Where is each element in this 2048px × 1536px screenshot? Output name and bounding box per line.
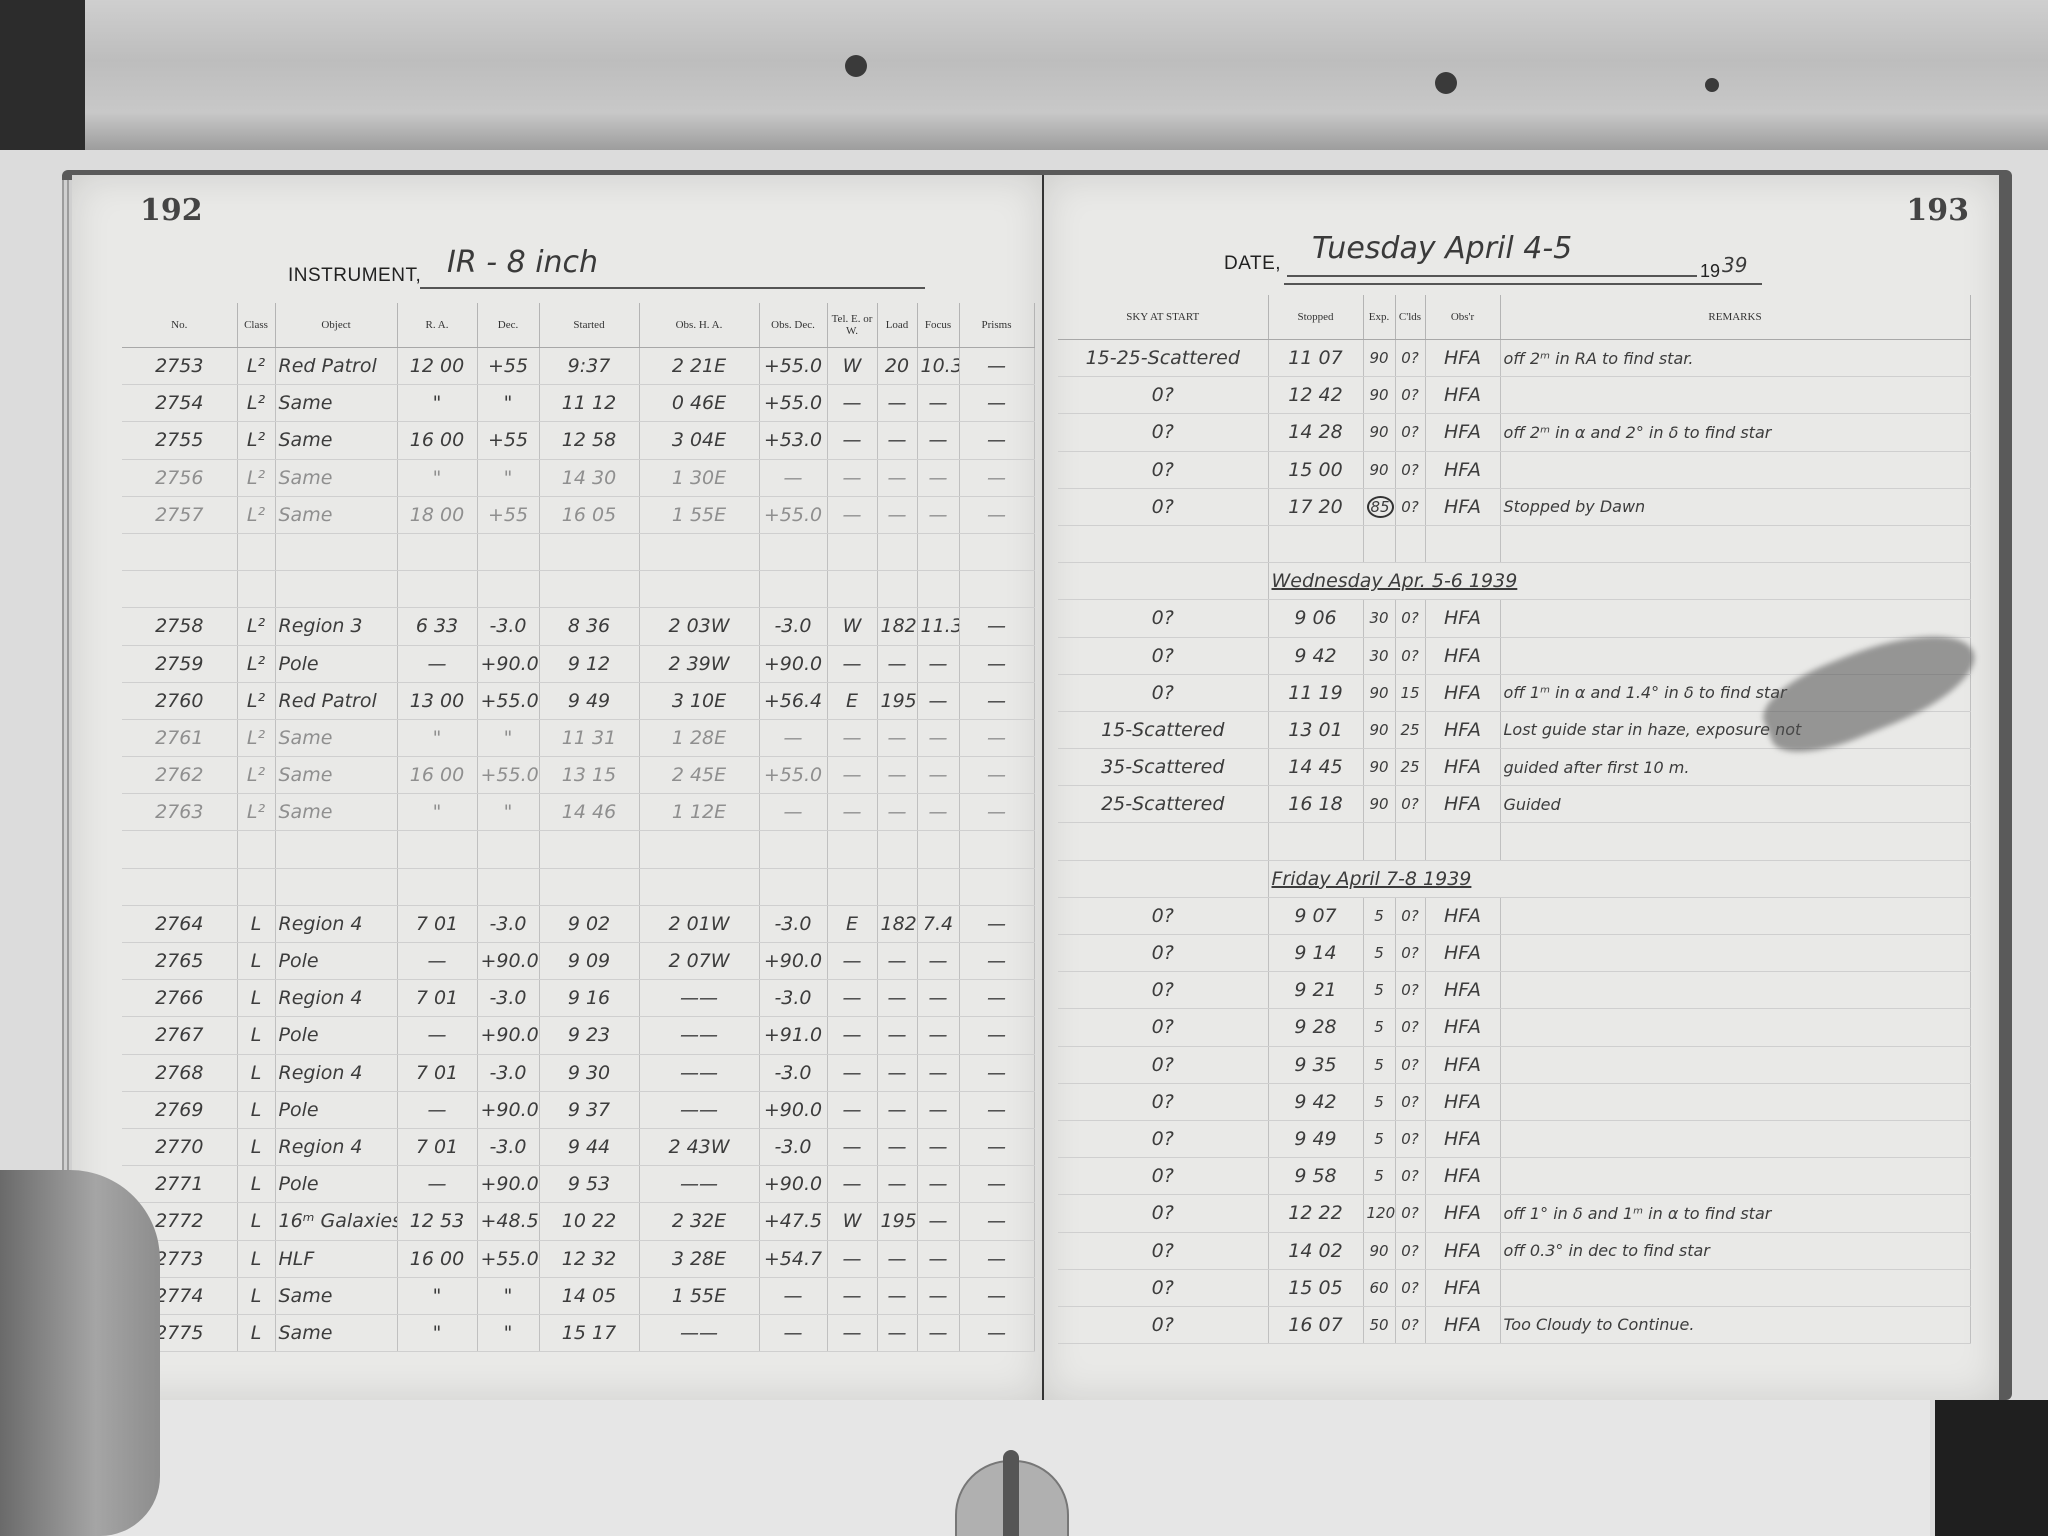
table-row: 2765LPole—+90.09 092 07W+90.0————: [122, 943, 1034, 980]
cell-stopped: 17 20: [1268, 488, 1363, 525]
blank-cell: [477, 831, 539, 868]
blank-cell: [639, 571, 759, 608]
cell-obsr: HFA: [1425, 600, 1500, 637]
table-row: 2763L²Same""14 461 12E—————: [122, 794, 1034, 831]
cell-obsr: HFA: [1425, 1009, 1500, 1046]
cell-class: L²: [237, 422, 275, 459]
cell-ra: 13 00: [397, 682, 477, 719]
cell-tel: W: [827, 608, 877, 645]
table-row: 0?16 07500?HFAToo Cloudy to Continue.: [1058, 1306, 1970, 1343]
blank-row: [122, 571, 1034, 608]
cell-stopped: 9 07: [1268, 897, 1363, 934]
blank-cell: [959, 868, 1034, 905]
cell-obsr: HFA: [1425, 637, 1500, 674]
column-header: Obs'r: [1425, 295, 1500, 340]
cell-focus: —: [917, 980, 959, 1017]
cell-load: —: [877, 496, 917, 533]
cell-remarks: [1500, 935, 1970, 972]
cell-exp: 90: [1363, 451, 1395, 488]
cell-obsr: HFA: [1425, 1083, 1500, 1120]
column-header: R. A.: [397, 303, 477, 348]
cell-focus: —: [917, 794, 959, 831]
cell-tel: —: [827, 385, 877, 422]
cell-prisms: —: [959, 422, 1034, 459]
cell-clds: 0?: [1395, 377, 1425, 414]
cell-focus: —: [917, 719, 959, 756]
cell-exp: 120: [1363, 1195, 1395, 1232]
cell-ra: 16 00: [397, 757, 477, 794]
cell-class: L: [237, 1017, 275, 1054]
cell-clds: 0?: [1395, 1195, 1425, 1232]
blank-cell: [1395, 823, 1425, 860]
cell-no: 2764: [122, 905, 237, 942]
cell-class: L: [237, 980, 275, 1017]
table-row: 0?9 3550?HFA: [1058, 1046, 1970, 1083]
blank-cell: [877, 533, 917, 570]
blank-cell: [639, 868, 759, 905]
blank-cell: [122, 571, 237, 608]
cell-stopped: 9 49: [1268, 1120, 1363, 1157]
page-number: 193: [1906, 193, 1969, 228]
cell-ra: ": [397, 459, 477, 496]
cell-prisms: —: [959, 1091, 1034, 1128]
cell-started: 14 05: [539, 1277, 639, 1314]
cell-sky: 0?: [1058, 488, 1268, 525]
cell-load: —: [877, 1054, 917, 1091]
cell-started: 10 22: [539, 1203, 639, 1240]
cell-load: —: [877, 980, 917, 1017]
cell-started: 11 12: [539, 385, 639, 422]
cell-stopped: 16 18: [1268, 786, 1363, 823]
cell-remarks: [1500, 897, 1970, 934]
cell-exp: 60: [1363, 1269, 1395, 1306]
cell-started: 9 23: [539, 1017, 639, 1054]
cell-started: 14 46: [539, 794, 639, 831]
cell-object: Red Patrol: [275, 682, 397, 719]
blank-row: [1058, 823, 1970, 860]
cell-load: 195: [877, 682, 917, 719]
cell-stopped: 15 00: [1268, 451, 1363, 488]
cell-started: 11 31: [539, 719, 639, 756]
cell-clds: 0?: [1395, 972, 1425, 1009]
cell-remarks: [1500, 1269, 1970, 1306]
cell-ra: —: [397, 645, 477, 682]
column-header: Stopped: [1268, 295, 1363, 340]
column-header: Tel. E. or W.: [827, 303, 877, 348]
cell-load: —: [877, 1017, 917, 1054]
cell-class: L²: [237, 682, 275, 719]
cell-sky: 0?: [1058, 377, 1268, 414]
date-row: Friday April 7-8 1939: [1058, 860, 1970, 897]
instrument-label: INSTRUMENT,: [288, 265, 421, 287]
cell-tel: —: [827, 645, 877, 682]
cell-obs-dec: -3.0: [759, 980, 827, 1017]
cell-exp: 5: [1363, 1083, 1395, 1120]
blank-cell: [759, 533, 827, 570]
cell-load: —: [877, 719, 917, 756]
blank-row: [1058, 525, 1970, 562]
cell-object: Same: [275, 422, 397, 459]
cell-stopped: 14 28: [1268, 414, 1363, 451]
blank-cell: [539, 831, 639, 868]
cell-obs-ha: 1 12E: [639, 794, 759, 831]
cell-sky: 25-Scattered: [1058, 786, 1268, 823]
cell-sky: 15-Scattered: [1058, 711, 1268, 748]
cell-exp: 50: [1363, 1306, 1395, 1343]
cell-clds: 0?: [1395, 637, 1425, 674]
cell-ra: 7 01: [397, 1054, 477, 1091]
blank-cell: [959, 831, 1034, 868]
table-row: 2773LHLF16 00+55.012 323 28E+54.7————: [122, 1240, 1034, 1277]
cell-load: 182: [877, 608, 917, 645]
blank-cell: [1425, 525, 1500, 562]
cell-focus: 10.3: [917, 348, 959, 385]
cell-stopped: 9 35: [1268, 1046, 1363, 1083]
cell-stopped: 9 06: [1268, 600, 1363, 637]
cell-ra: 7 01: [397, 1128, 477, 1165]
cell-no: 2753: [122, 348, 237, 385]
cell-load: —: [877, 794, 917, 831]
cell-load: —: [877, 943, 917, 980]
cell-sky: 15-25-Scattered: [1058, 340, 1268, 377]
cell-stopped: 9 42: [1268, 1083, 1363, 1120]
table-row: 2757L²Same18 00+5516 051 55E+55.0————: [122, 496, 1034, 533]
cell-clds: 0?: [1395, 1306, 1425, 1343]
table-row: 0?9 0750?HFA: [1058, 897, 1970, 934]
blank-cell: [1058, 563, 1268, 600]
cell-obs-dec: -3.0: [759, 608, 827, 645]
cell-obs-ha: ——: [639, 1017, 759, 1054]
cell-class: L: [237, 1091, 275, 1128]
blank-cell: [1363, 823, 1395, 860]
cell-sky: 0?: [1058, 1120, 1268, 1157]
cell-object: Red Patrol: [275, 348, 397, 385]
thumb: [0, 1170, 160, 1536]
cell-sky: 0?: [1058, 935, 1268, 972]
cell-obs-dec: —: [759, 1314, 827, 1351]
cell-dec: +55.0: [477, 682, 539, 719]
cell-class: L²: [237, 608, 275, 645]
cell-dec: +90.0: [477, 645, 539, 682]
cell-started: 9 02: [539, 905, 639, 942]
cell-started: 12 32: [539, 1240, 639, 1277]
blank-cell: [1425, 823, 1500, 860]
cell-stopped: 15 05: [1268, 1269, 1363, 1306]
cell-focus: —: [917, 422, 959, 459]
table-row: 2755L²Same16 00+5512 583 04E+53.0————: [122, 422, 1034, 459]
cell-stopped: 9 58: [1268, 1158, 1363, 1195]
cell-dec: +90.0: [477, 943, 539, 980]
blank-cell: [877, 868, 917, 905]
blank-cell: [477, 868, 539, 905]
cell-load: —: [877, 757, 917, 794]
cell-stopped: 9 14: [1268, 935, 1363, 972]
cell-focus: 11.3: [917, 608, 959, 645]
date-heading: Friday April 7-8 1939: [1268, 860, 1970, 897]
cell-obsr: HFA: [1425, 674, 1500, 711]
cell-obs-ha: 2 21E: [639, 348, 759, 385]
cell-tel: —: [827, 1314, 877, 1351]
cell-prisms: —: [959, 1017, 1034, 1054]
cell-stopped: 12 22: [1268, 1195, 1363, 1232]
cell-tel: —: [827, 496, 877, 533]
cell-exp: 5: [1363, 972, 1395, 1009]
table-row: 2769LPole—+90.09 37——+90.0————: [122, 1091, 1034, 1128]
cell-stopped: 13 01: [1268, 711, 1363, 748]
right-page: 193 DATE, Tuesday April 4-5 19 39 SKY AT…: [1044, 175, 1999, 1400]
cell-no: 2756: [122, 459, 237, 496]
cell-obs-dec: —: [759, 794, 827, 831]
cell-prisms: —: [959, 496, 1034, 533]
cell-prisms: —: [959, 645, 1034, 682]
cell-remarks: [1500, 1158, 1970, 1195]
table-row: 0?17 20850?HFAStopped by Dawn: [1058, 488, 1970, 525]
cell-obsr: HFA: [1425, 1269, 1500, 1306]
cell-object: 16ᵐ Galaxies: [275, 1203, 397, 1240]
cell-tel: —: [827, 1128, 877, 1165]
cell-class: L: [237, 905, 275, 942]
cell-obs-ha: ——: [639, 980, 759, 1017]
blank-cell: [1363, 525, 1395, 562]
cell-prisms: —: [959, 1166, 1034, 1203]
cell-obs-dec: -3.0: [759, 1128, 827, 1165]
blank-cell: [917, 533, 959, 570]
cell-object: Same: [275, 385, 397, 422]
column-header: Exp.: [1363, 295, 1395, 340]
cell-obs-dec: -3.0: [759, 905, 827, 942]
cell-obsr: HFA: [1425, 786, 1500, 823]
left-page: 192 INSTRUMENT, IR - 8 inch No.ClassObje…: [72, 175, 1044, 1400]
cell-clds: 0?: [1395, 1269, 1425, 1306]
cell-clds: 0?: [1395, 340, 1425, 377]
cell-sky: 0?: [1058, 1232, 1268, 1269]
blank-cell: [639, 831, 759, 868]
table-row: 2761L²Same""11 311 28E—————: [122, 719, 1034, 756]
table-row: 0?9 4250?HFA: [1058, 1083, 1970, 1120]
cell-started: 13 15: [539, 757, 639, 794]
cell-prisms: —: [959, 757, 1034, 794]
table-row: 2774LSame""14 051 55E—————: [122, 1277, 1034, 1314]
cell-tel: —: [827, 757, 877, 794]
cell-ra: ": [397, 719, 477, 756]
cell-exp: 5: [1363, 897, 1395, 934]
table-row: 0?9 5850?HFA: [1058, 1158, 1970, 1195]
cell-clds: 0?: [1395, 1158, 1425, 1195]
cell-class: L²: [237, 348, 275, 385]
cell-obs-ha: 3 04E: [639, 422, 759, 459]
cell-load: —: [877, 459, 917, 496]
table-row: 2772L16ᵐ Galaxies12 53+48.510 222 32E+47…: [122, 1203, 1034, 1240]
cell-focus: —: [917, 682, 959, 719]
cell-exp: 5: [1363, 1009, 1395, 1046]
table-row: 0?9 4950?HFA: [1058, 1120, 1970, 1157]
cell-no: 2767: [122, 1017, 237, 1054]
cell-exp: 30: [1363, 600, 1395, 637]
dark-corner: [1935, 1400, 2048, 1536]
cell-class: L: [237, 1277, 275, 1314]
cell-stopped: 12 42: [1268, 377, 1363, 414]
cell-obsr: HFA: [1425, 488, 1500, 525]
blank-cell: [1500, 823, 1970, 860]
cell-obsr: HFA: [1425, 1046, 1500, 1083]
blank-cell: [1268, 823, 1363, 860]
column-header: Prisms: [959, 303, 1034, 348]
cell-dec: +90.0: [477, 1166, 539, 1203]
cell-started: 9 09: [539, 943, 639, 980]
cell-sky: 0?: [1058, 414, 1268, 451]
cell-class: L: [237, 943, 275, 980]
cell-focus: —: [917, 757, 959, 794]
cell-load: —: [877, 645, 917, 682]
cell-obsr: HFA: [1425, 377, 1500, 414]
cell-prisms: —: [959, 608, 1034, 645]
cell-stopped: 9 21: [1268, 972, 1363, 1009]
cell-load: —: [877, 1091, 917, 1128]
cell-remarks: [1500, 1083, 1970, 1120]
cell-dec: ": [477, 719, 539, 756]
cell-started: 9 12: [539, 645, 639, 682]
table-row: 2768LRegion 47 01-3.09 30——-3.0————: [122, 1054, 1034, 1091]
cell-tel: —: [827, 1091, 877, 1128]
cell-obs-ha: 1 30E: [639, 459, 759, 496]
blank-cell: [1058, 525, 1268, 562]
cell-focus: —: [917, 1240, 959, 1277]
cell-obsr: HFA: [1425, 1195, 1500, 1232]
blank-cell: [1500, 525, 1970, 562]
table-header: SKY AT STARTStoppedExp.C'ldsObs'rREMARKS: [1058, 295, 1970, 340]
date-label: DATE,: [1224, 253, 1281, 275]
table-row: 0?12 221200?HFAoff 1° in δ and 1ᵐ in α t…: [1058, 1195, 1970, 1232]
cell-clds: 0?: [1395, 1232, 1425, 1269]
column-header: Obs. Dec.: [759, 303, 827, 348]
cell-ra: 12 00: [397, 348, 477, 385]
table-row: 2760L²Red Patrol13 00+55.09 493 10E+56.4…: [122, 682, 1034, 719]
cell-focus: —: [917, 1166, 959, 1203]
cell-dec: +48.5: [477, 1203, 539, 1240]
table-row: 2770LRegion 47 01-3.09 442 43W-3.0————: [122, 1128, 1034, 1165]
cell-clds: 0?: [1395, 935, 1425, 972]
blank-cell: [477, 533, 539, 570]
cell-dec: -3.0: [477, 608, 539, 645]
instrument-value: IR - 8 inch: [447, 245, 598, 280]
cell-obs-ha: ——: [639, 1054, 759, 1091]
board-knot: [845, 55, 867, 77]
blank-cell: [959, 533, 1034, 570]
cell-class: L²: [237, 496, 275, 533]
cell-prisms: —: [959, 1240, 1034, 1277]
board-knot: [1435, 72, 1457, 94]
cell-dec: +55.0: [477, 1240, 539, 1277]
cell-started: 9 49: [539, 682, 639, 719]
table-row: 0?15 05600?HFA: [1058, 1269, 1970, 1306]
cell-dec: ": [477, 1314, 539, 1351]
cell-obs-ha: 2 45E: [639, 757, 759, 794]
cell-class: L²: [237, 385, 275, 422]
cell-prisms: —: [959, 794, 1034, 831]
cell-object: HLF: [275, 1240, 397, 1277]
cell-focus: —: [917, 1054, 959, 1091]
cell-exp: 90: [1363, 1232, 1395, 1269]
cell-object: Region 4: [275, 905, 397, 942]
cell-no: 2766: [122, 980, 237, 1017]
cell-obsr: HFA: [1425, 711, 1500, 748]
observation-table-right: SKY AT STARTStoppedExp.C'ldsObs'rREMARKS…: [1058, 295, 1971, 1344]
cell-ra: —: [397, 1166, 477, 1203]
cell-sky: 0?: [1058, 972, 1268, 1009]
cell-clds: 0?: [1395, 897, 1425, 934]
table-row: 2767LPole—+90.09 23——+91.0————: [122, 1017, 1034, 1054]
cell-stopped: 9 28: [1268, 1009, 1363, 1046]
cell-load: —: [877, 1314, 917, 1351]
cell-obs-ha: ——: [639, 1314, 759, 1351]
blank-row: [122, 831, 1034, 868]
cell-load: 195: [877, 1203, 917, 1240]
cell-tel: —: [827, 1277, 877, 1314]
cell-no: 2757: [122, 496, 237, 533]
table-row: 2753L²Red Patrol12 00+559:372 21E+55.0W2…: [122, 348, 1034, 385]
cell-tel: —: [827, 1017, 877, 1054]
column-header: C'lds: [1395, 295, 1425, 340]
cell-exp: 5: [1363, 935, 1395, 972]
cell-class: L: [237, 1240, 275, 1277]
cell-remarks: Guided: [1500, 786, 1970, 823]
cell-no: 2763: [122, 794, 237, 831]
cell-focus: —: [917, 943, 959, 980]
cell-dec: ": [477, 459, 539, 496]
cell-ra: ": [397, 794, 477, 831]
cell-remarks: off 2ᵐ in RA to find star.: [1500, 340, 1970, 377]
cell-class: L: [237, 1166, 275, 1203]
cell-remarks: off 0.3° in dec to find star: [1500, 1232, 1970, 1269]
blank-cell: [1395, 525, 1425, 562]
blank-cell: [917, 831, 959, 868]
cell-started: 9 44: [539, 1128, 639, 1165]
cell-object: Region 3: [275, 608, 397, 645]
table-row: 0?12 42900?HFA: [1058, 377, 1970, 414]
table-row: 2756L²Same""14 301 30E—————: [122, 459, 1034, 496]
cell-clds: 0?: [1395, 600, 1425, 637]
cell-tel: —: [827, 980, 877, 1017]
cell-prisms: —: [959, 1314, 1034, 1351]
cell-focus: —: [917, 1314, 959, 1351]
blank-cell: [877, 831, 917, 868]
cell-remarks: guided after first 10 m.: [1500, 749, 1970, 786]
cell-class: L²: [237, 459, 275, 496]
table-row: 15-25-Scattered11 07900?HFAoff 2ᵐ in RA …: [1058, 340, 1970, 377]
blank-cell: [122, 533, 237, 570]
page-number: 192: [140, 193, 203, 228]
cell-object: Same: [275, 719, 397, 756]
cell-stopped: 11 07: [1268, 340, 1363, 377]
cell-obs-ha: 2 43W: [639, 1128, 759, 1165]
cell-no: 2769: [122, 1091, 237, 1128]
cell-ra: 16 00: [397, 1240, 477, 1277]
cell-focus: —: [917, 385, 959, 422]
cell-prisms: —: [959, 905, 1034, 942]
cell-no: 2754: [122, 385, 237, 422]
cell-no: 2759: [122, 645, 237, 682]
dark-background: [0, 0, 90, 160]
cell-remarks: Stopped by Dawn: [1500, 488, 1970, 525]
cell-object: Region 4: [275, 1128, 397, 1165]
cell-focus: —: [917, 1203, 959, 1240]
cell-object: Region 4: [275, 980, 397, 1017]
cell-tel: E: [827, 905, 877, 942]
cell-tel: W: [827, 1203, 877, 1240]
blank-cell: [237, 533, 275, 570]
cell-clds: 0?: [1395, 786, 1425, 823]
cell-dec: -3.0: [477, 1054, 539, 1091]
